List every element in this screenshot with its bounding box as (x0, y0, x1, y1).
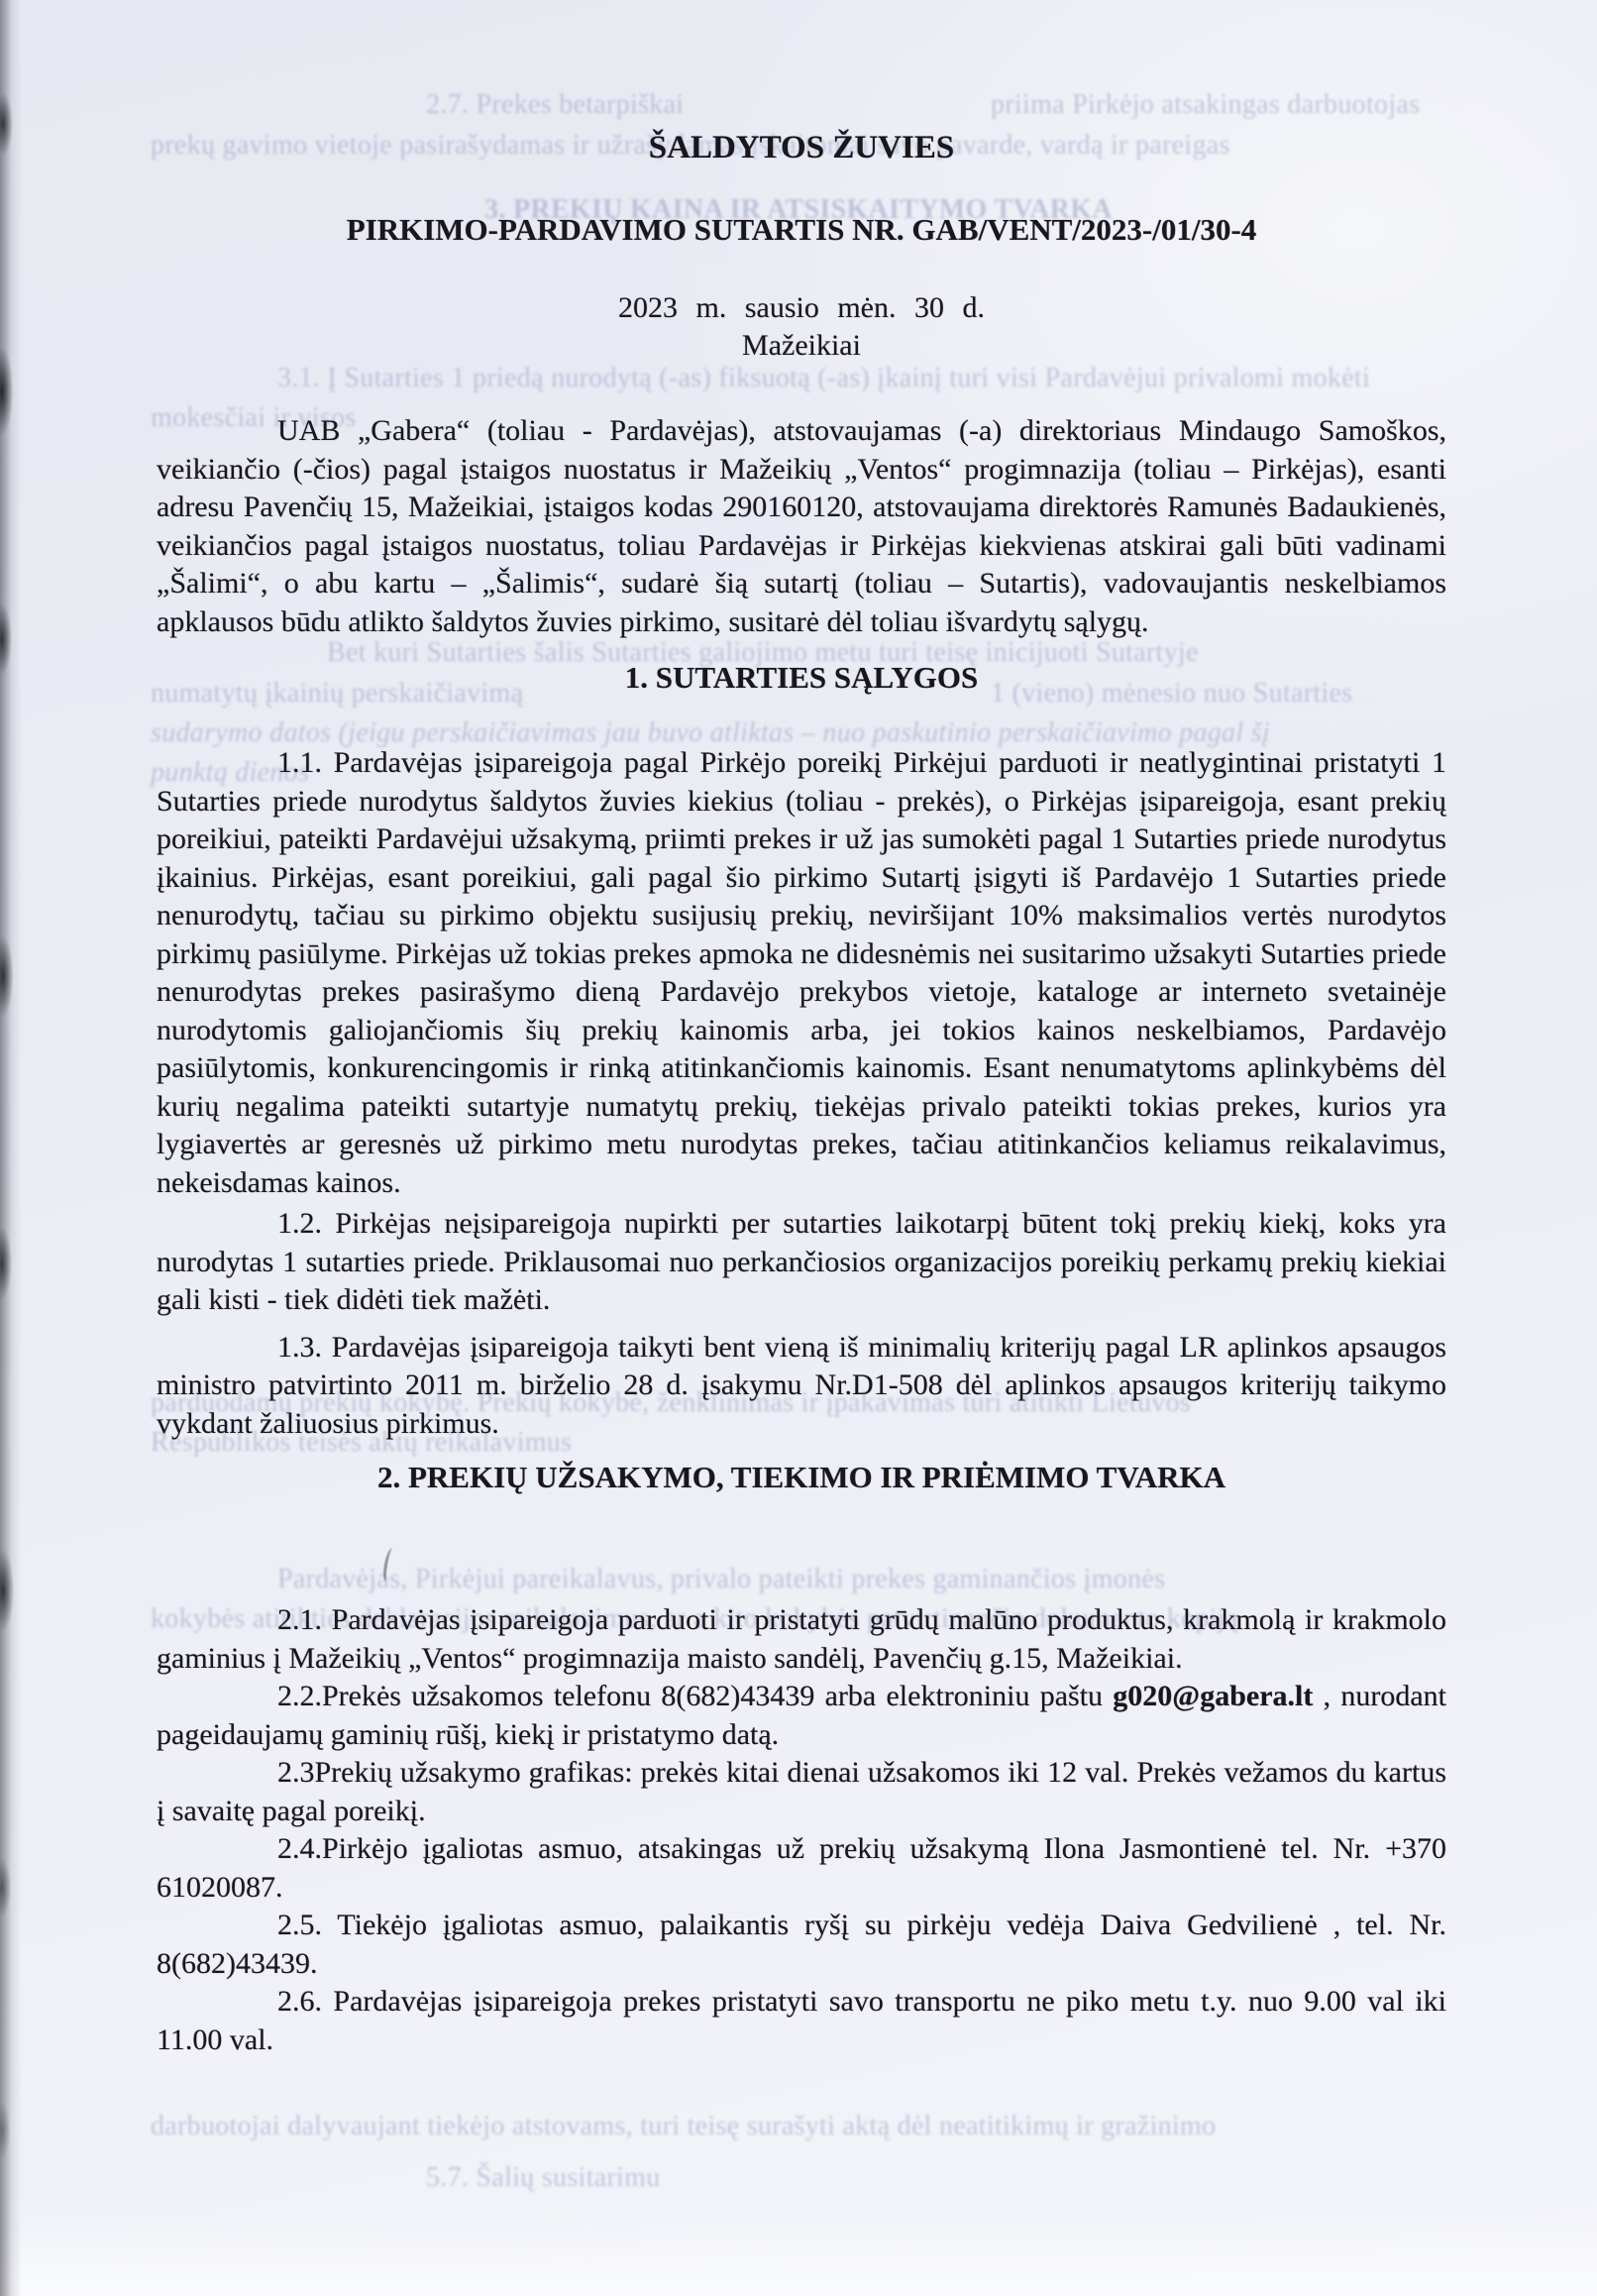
clause-2-6: 2.6. Pardavėjas įsipareigoja prekes pris… (157, 1983, 1446, 2059)
clause-1-2: 1.2. Pirkėjas neįsipareigoja nupirkti pe… (157, 1205, 1446, 1320)
section-1-heading: 1. SUTARTIES SĄLYGOS (157, 657, 1446, 699)
bleedthrough-text: 5.7. Šalių susitarimu (426, 2162, 661, 2194)
intro-paragraph: UAB „Gabera“ (toliau - Pardavėjas), atst… (157, 412, 1446, 641)
document-subtitle: PIRKIMO-PARDAVIMO SUTARTIS NR. GAB/VENT/… (157, 210, 1446, 250)
section-2-heading: 2. PREKIŲ UŽSAKYMO, TIEKIMO IR PRIĖMIMO … (157, 1457, 1446, 1498)
clause-2-1: 2.1. Pardavėjas įsipareigoja parduoti ir… (157, 1601, 1446, 1678)
clause-2-2: 2.2.Prekės užsakomos telefonu 8(682)4343… (157, 1678, 1446, 1754)
clause-1-3: 1.3. Pardavėjas įsipareigoja taikyti ben… (157, 1329, 1446, 1444)
contract-place: Mažeikiai (157, 327, 1446, 365)
clause-2-2-text: 2.2.Prekės užsakomos telefonu 8(682)4343… (277, 1680, 1113, 1712)
clause-2-3: 2.3Prekių užsakymo grafikas: prekės kita… (157, 1754, 1446, 1830)
contract-document: ŠALDYTOS ŽUVIES PIRKIMO-PARDAVIMO SUTART… (157, 0, 1446, 2059)
document-title: ŠALDYTOS ŽUVIES (157, 127, 1446, 168)
order-email: g020@gabera.lt (1113, 1680, 1313, 1712)
contract-date: 2023 m. sausio mėn. 30 d. (157, 289, 1446, 327)
clause-1-1: 1.1. Pardavėjas įsipareigoja pagal Pirkė… (157, 744, 1446, 1202)
scan-bottom-fade (0, 2217, 1597, 2296)
clause-2-5: 2.5. Tiekėjo įgaliotas asmuo, palaikanti… (157, 1907, 1446, 1983)
scanned-contract-page: { "doc": { "title": "ŠALDYTOS ŽUVIES", "… (0, 0, 1597, 2296)
scan-edge-shadow (0, 0, 22, 2296)
clause-2-4: 2.4.Pirkėjo įgaliotas asmuo, atsakingas … (157, 1830, 1446, 1907)
bleedthrough-text: darbuotojai dalyvaujant tiekėjo atstovam… (151, 2111, 1216, 2142)
